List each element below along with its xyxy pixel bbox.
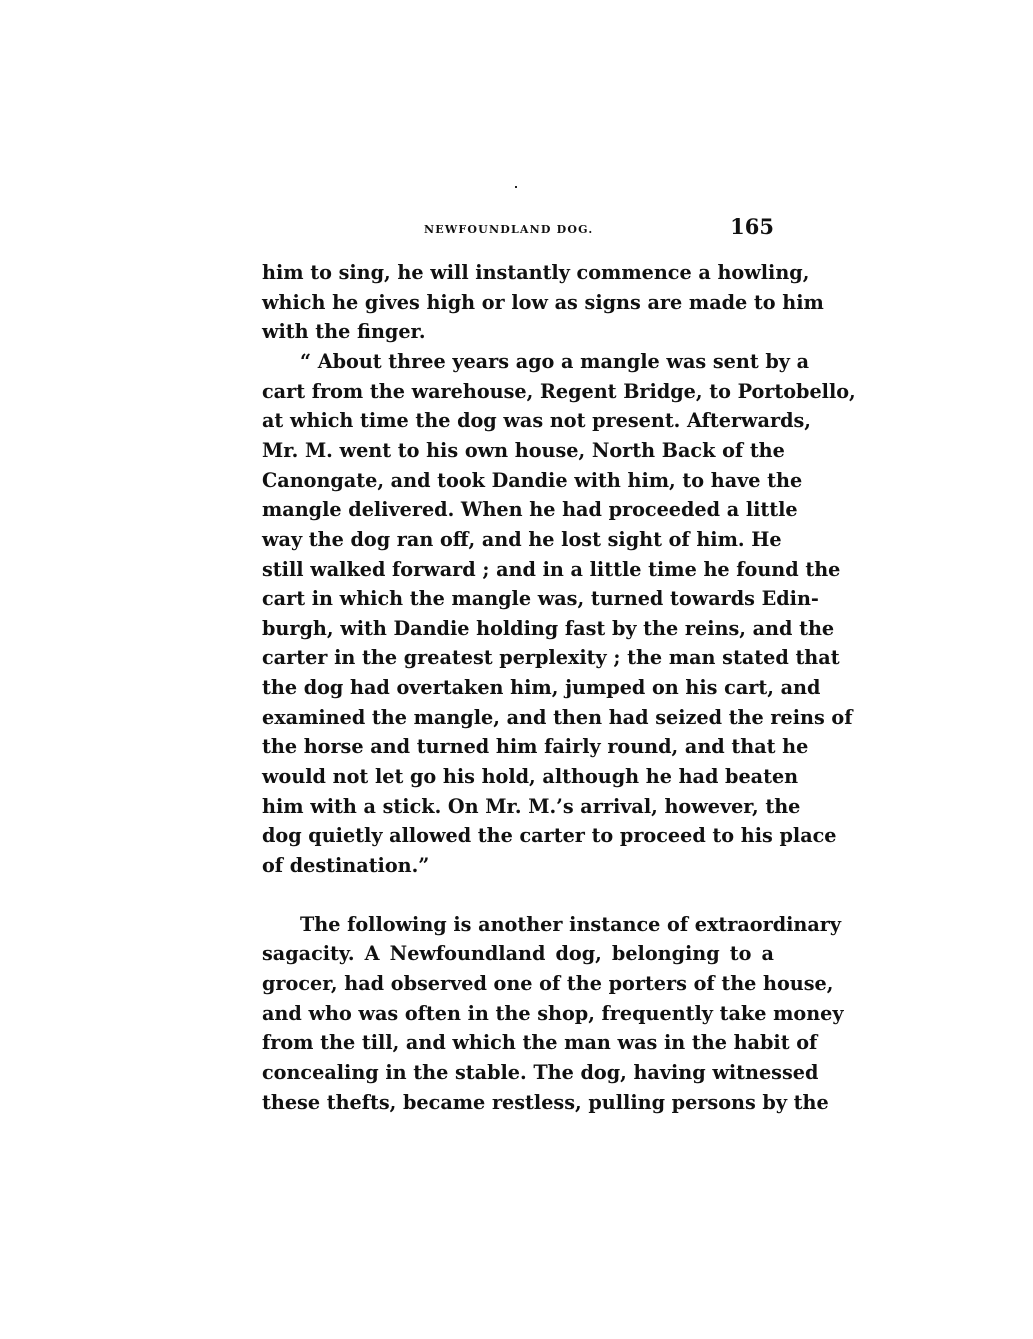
text-line: the horse and turned him fairly round, a… [262,732,774,762]
book-page: NEWFOUNDLAND DOG. 165 him to sing, he wi… [262,0,774,1339]
text-line: him with a stick. On Mr. M.’s arrival, h… [262,792,774,822]
print-speck [515,186,517,188]
text-line: burgh, with Dandie holding fast by the r… [262,614,774,644]
text-line: sagacity. A Newfoundland dog, belonging … [262,939,774,969]
text-line: and who was often in the shop, frequentl… [262,999,774,1029]
text-line: still walked forward ; and in a little t… [262,555,774,585]
text-line: with the finger. [262,317,774,347]
text-line: Canongate, and took Dandie with him, to … [262,466,774,496]
page-number: 165 [730,214,774,239]
text-line: these thefts, became restless, pulling p… [262,1088,774,1118]
text-line: concealing in the stable. The dog, havin… [262,1058,774,1088]
running-title: NEWFOUNDLAND DOG. [424,223,593,236]
text-line: the dog had overtaken him, jumped on his… [262,673,774,703]
text-line: The following is another instance of ext… [300,910,774,940]
text-line: carter in the greatest perplexity ; the … [262,643,774,673]
text-line: him to sing, he will instantly commence … [262,258,774,288]
text-line: examined the mangle, and then had seized… [262,703,774,733]
text-line: of destination.” [262,851,774,881]
text-line: cart from the warehouse, Regent Bridge, … [262,377,774,407]
running-head: NEWFOUNDLAND DOG. 165 [262,214,774,244]
text-line: would not let go his hold, although he h… [262,762,774,792]
text-line: from the till, and which the man was in … [262,1028,774,1058]
text-line: “ About three years ago a mangle was sen… [300,347,774,377]
text-line: which he gives high or low as signs are … [262,288,774,318]
text-line: Mr. M. went to his own house, North Back… [262,436,774,466]
text-line: mangle delivered. When he had proceeded … [262,495,774,525]
text-line: dog quietly allowed the carter to procee… [262,821,774,851]
text-line: grocer, had observed one of the porters … [262,969,774,999]
text-line: at which time the dog was not present. A… [262,406,774,436]
text-line: way the dog ran off, and he lost sight o… [262,525,774,555]
text-line: cart in which the mangle was, turned tow… [262,584,774,614]
